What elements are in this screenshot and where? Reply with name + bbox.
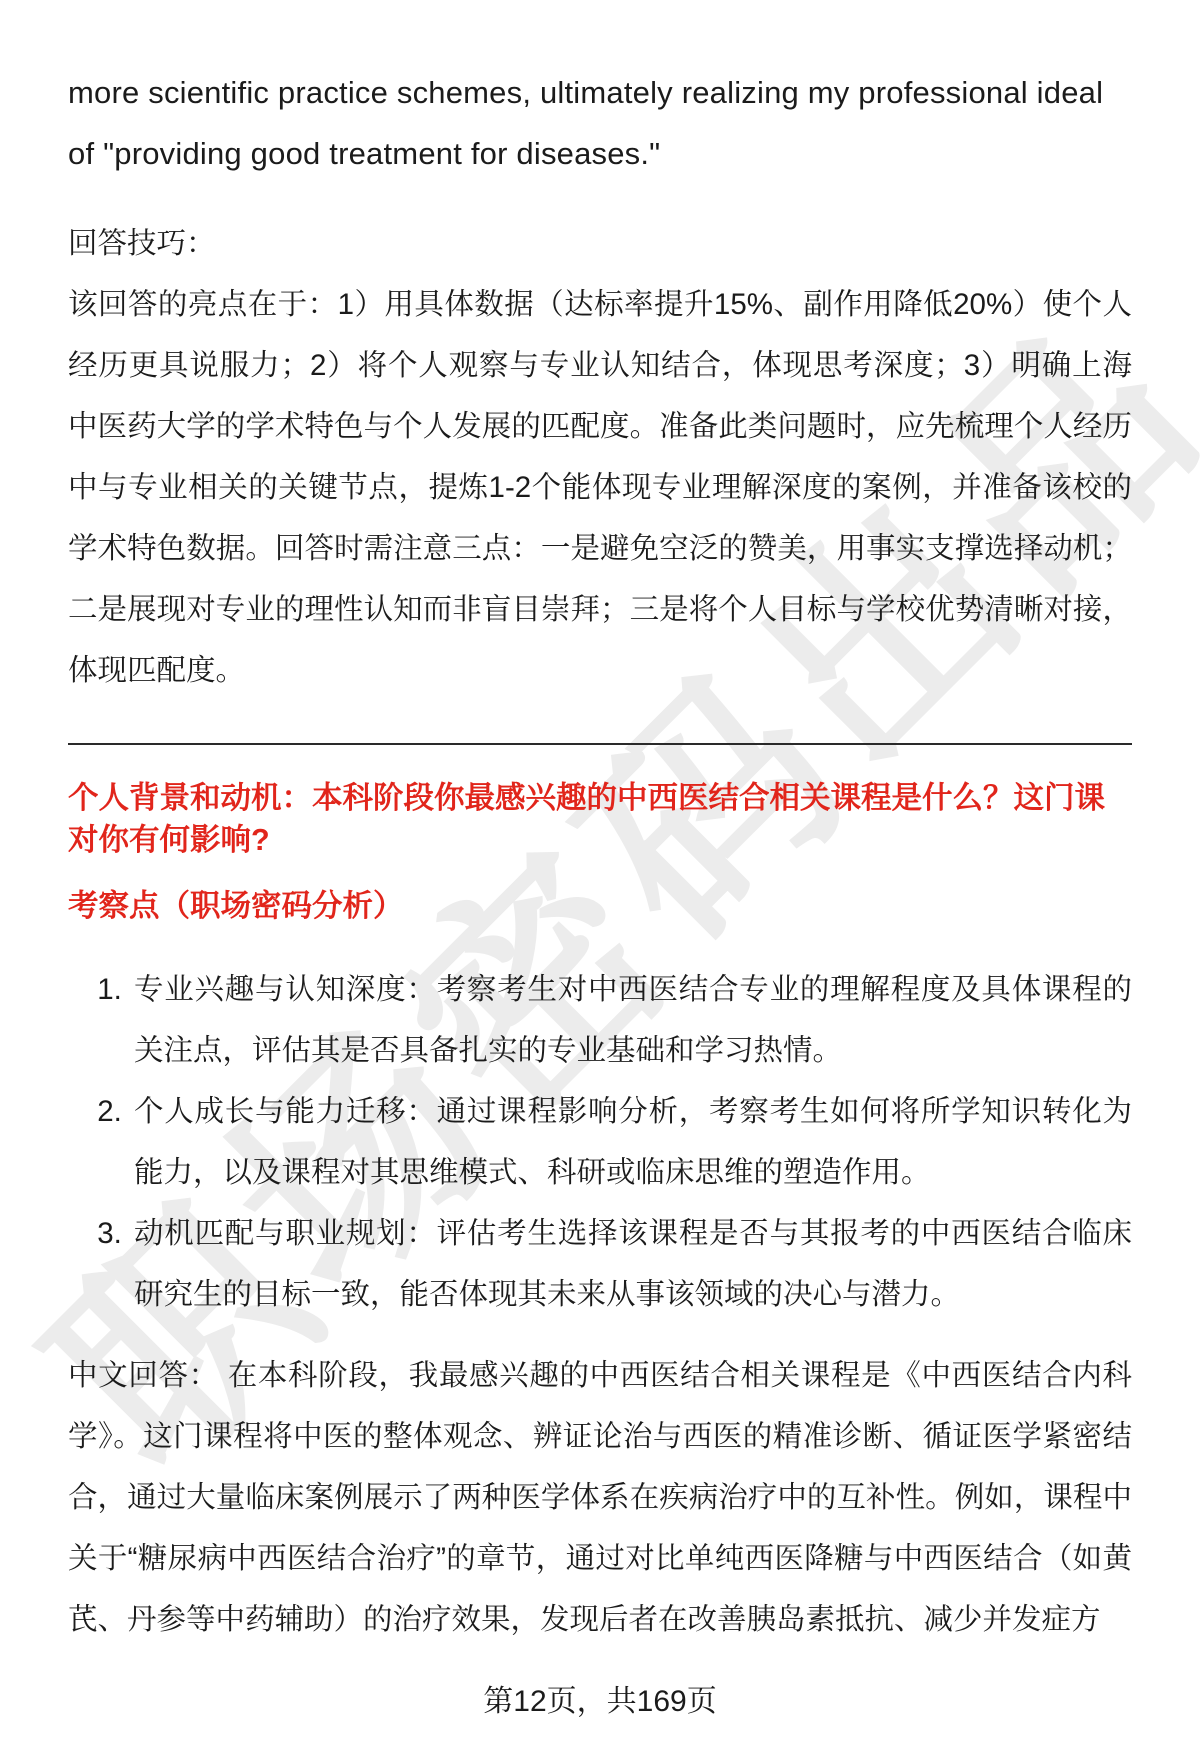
page-content: more scientific practice schemes, ultima…	[0, 0, 1200, 1650]
chinese-answer-paragraph: 中文回答： 在本科阶段，我最感兴趣的中西医结合相关课程是《中西医结合内科学》。这…	[68, 1345, 1132, 1650]
analysis-point-3: 动机匹配与职业规划：评估考生选择该课程是否与其报考的中西医结合临床研究生的目标一…	[130, 1203, 1132, 1325]
document-page: 职场密码出品 more scientific practice schemes,…	[0, 0, 1200, 1755]
analysis-point-1: 专业兴趣与认知深度：考察考生对中西医结合专业的理解程度及具体课程的关注点，评估其…	[130, 959, 1132, 1081]
section-divider	[68, 743, 1132, 745]
page-number-indicator: 第12页，共169页	[0, 1684, 1200, 1720]
answer-tips-label: 回答技巧：	[68, 213, 1132, 274]
question-heading: 个人背景和动机：本科阶段你最感兴趣的中西医结合相关课程是什么？这门课对你有何影响…	[68, 777, 1132, 861]
analysis-point-2: 个人成长与能力迁移：通过课程影响分析，考察考生如何将所学知识转化为能力，以及课程…	[130, 1081, 1132, 1203]
analysis-points-heading: 考察点（职场密码分析）	[68, 885, 1132, 927]
answer-tips-body: 该回答的亮点在于：1）用具体数据（达标率提升15%、副作用降低20%）使个人经历…	[68, 274, 1132, 701]
analysis-points-list: 专业兴趣与认知深度：考察考生对中西医结合专业的理解程度及具体课程的关注点，评估其…	[68, 959, 1132, 1325]
english-paragraph: more scientific practice schemes, ultima…	[68, 62, 1132, 184]
